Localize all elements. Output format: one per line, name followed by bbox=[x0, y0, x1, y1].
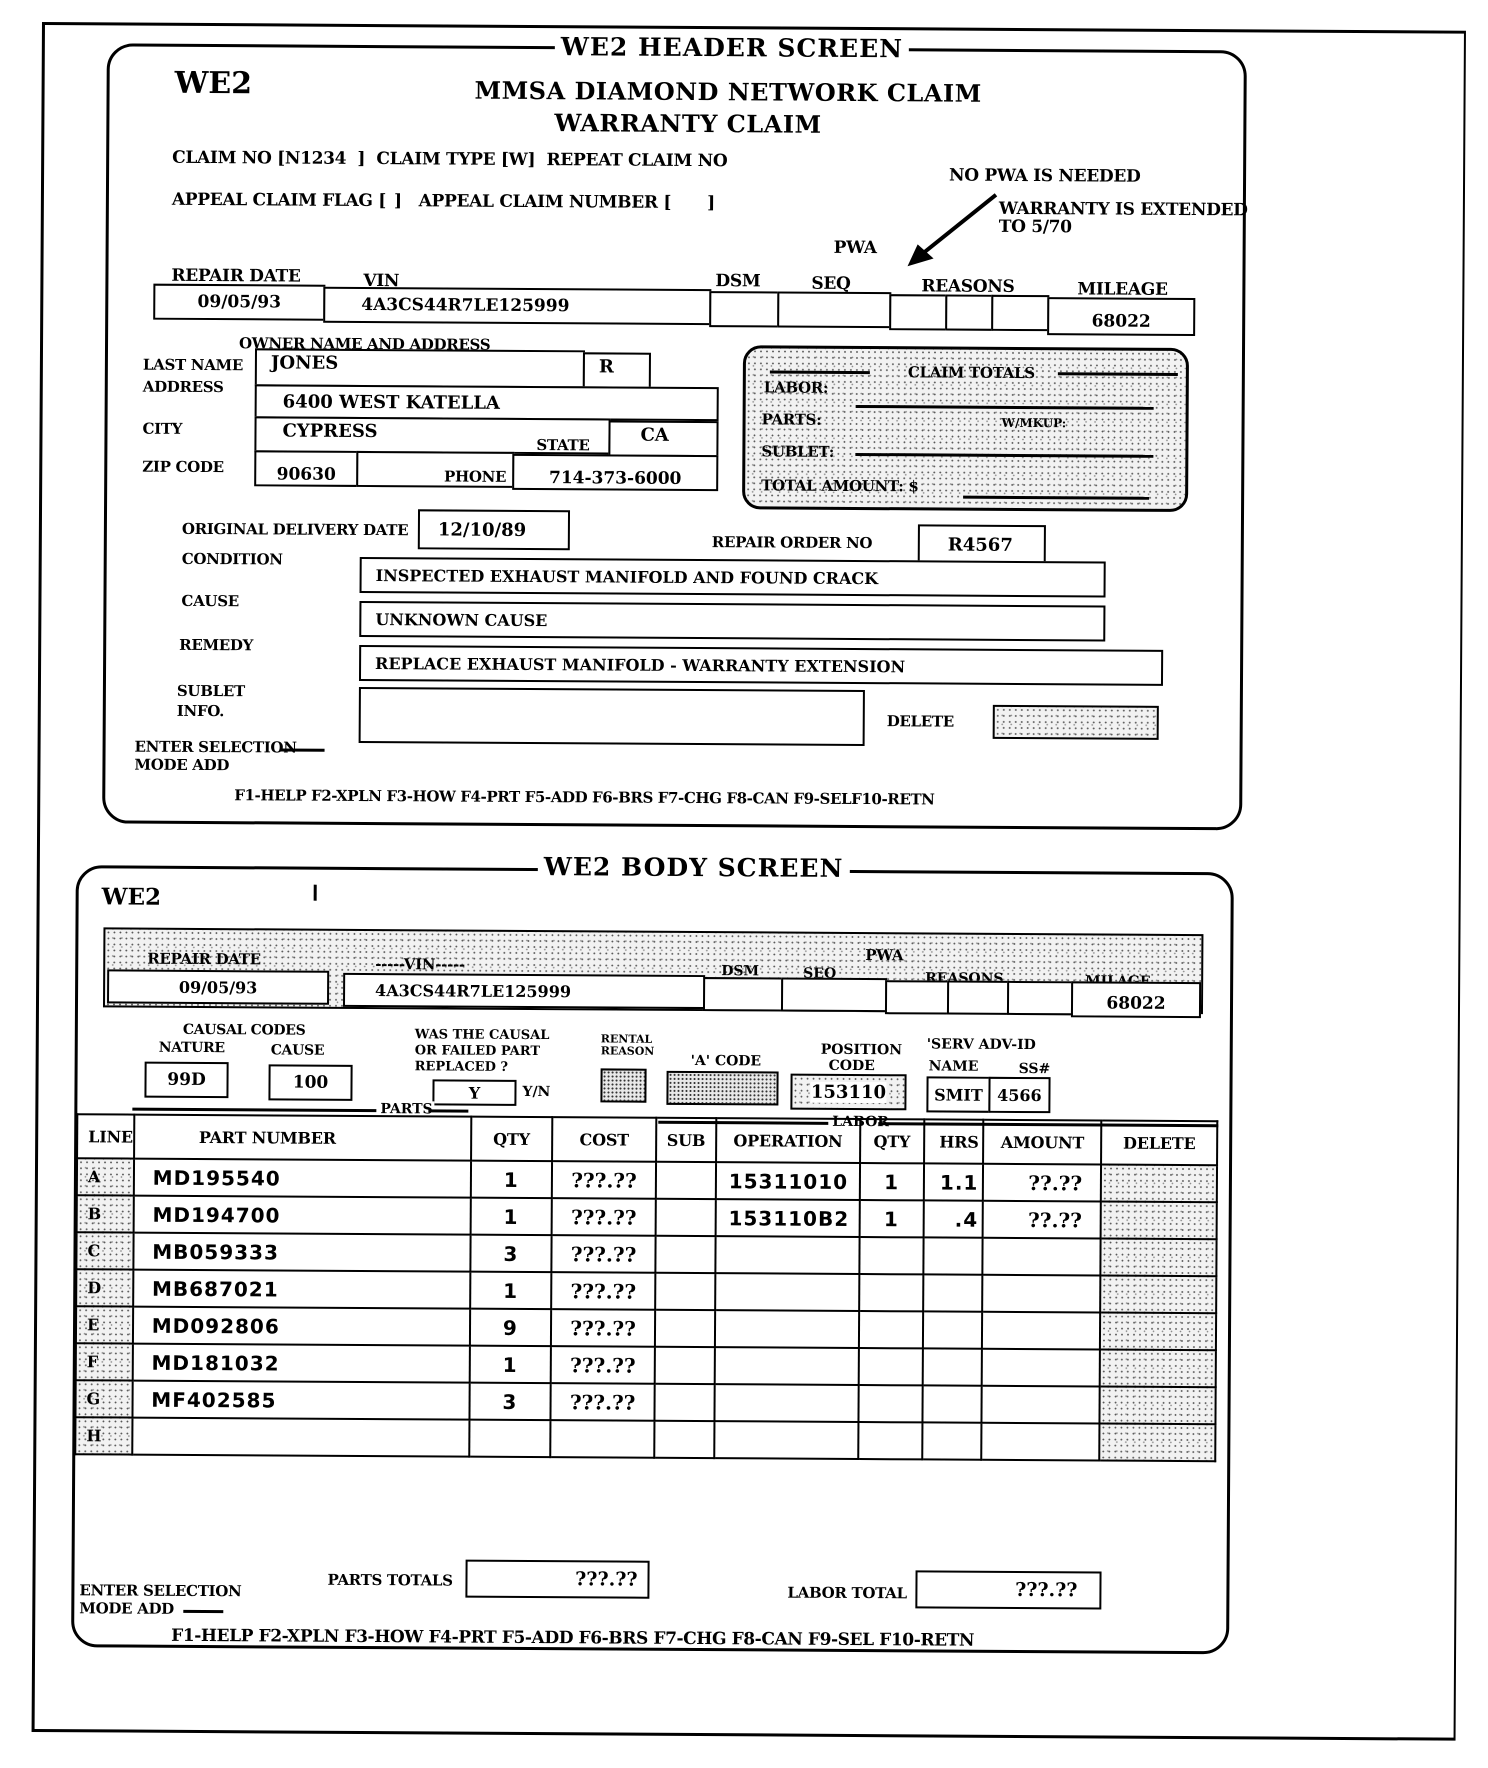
operation-cell[interactable] bbox=[715, 1236, 859, 1274]
total-amount-label: TOTAL AMOUNT: $ bbox=[761, 476, 919, 495]
operation-cell[interactable] bbox=[715, 1347, 859, 1385]
last-name-label: LAST NAME bbox=[143, 356, 243, 375]
labor-qty-cell[interactable]: 1 bbox=[860, 1163, 924, 1200]
part-number-cell[interactable] bbox=[132, 1418, 469, 1457]
labor-qty-cell[interactable] bbox=[859, 1311, 923, 1348]
dsm-field[interactable] bbox=[709, 291, 779, 327]
part-number-cell[interactable]: MD195540 bbox=[134, 1159, 471, 1198]
replaced-question-1: WAS THE CAUSAL bbox=[415, 1027, 550, 1043]
sub-cell[interactable] bbox=[656, 1199, 716, 1236]
qty-cell[interactable]: 3 bbox=[470, 1235, 552, 1272]
body-screen-title: WE2 BODY SCREEN bbox=[538, 852, 850, 883]
reasons-field-3[interactable] bbox=[991, 295, 1049, 331]
claim-no-field[interactable]: N1234 bbox=[285, 148, 346, 168]
qty-cell[interactable]: 1 bbox=[470, 1272, 552, 1309]
body-repair-date-label: REPAIR DATE bbox=[147, 950, 261, 969]
col-sub: SUB bbox=[656, 1118, 716, 1162]
operation-cell[interactable]: 15311010 bbox=[716, 1162, 860, 1200]
qty-cell[interactable]: 1 bbox=[469, 1346, 551, 1383]
labor-total-label: LABOR TOTAL bbox=[787, 1584, 906, 1603]
hrs-cell[interactable] bbox=[922, 1385, 982, 1422]
amount-cell: ??.?? bbox=[983, 1164, 1101, 1202]
rental-reason-label-2: REASON bbox=[601, 1044, 655, 1057]
body-vin-label: -----VIN----- bbox=[375, 955, 465, 974]
qty-cell[interactable]: 1 bbox=[470, 1161, 552, 1198]
col-operation: OPERATION bbox=[716, 1118, 860, 1163]
body-reasons-field-2[interactable] bbox=[947, 981, 1009, 1015]
sub-cell[interactable] bbox=[655, 1236, 715, 1273]
operation-cell[interactable] bbox=[714, 1384, 858, 1422]
delete-cell[interactable] bbox=[1100, 1386, 1216, 1424]
col-qty: QTY bbox=[471, 1117, 553, 1161]
phone-label-cell: PHONE bbox=[356, 451, 514, 488]
claim-no-row: CLAIM NO [N1234 ] CLAIM TYPE [W] REPEAT … bbox=[172, 148, 727, 171]
operation-cell[interactable] bbox=[714, 1421, 858, 1459]
zip-field[interactable]: 90630 bbox=[254, 450, 358, 487]
amount-cell bbox=[982, 1423, 1100, 1461]
cost-cell bbox=[550, 1420, 654, 1458]
amount-cell bbox=[982, 1386, 1100, 1424]
part-number-cell[interactable]: MF402585 bbox=[132, 1381, 469, 1420]
labor-qty-cell[interactable] bbox=[858, 1422, 922, 1459]
hrs-cell[interactable]: 1.1 bbox=[923, 1163, 983, 1200]
seq-field[interactable] bbox=[777, 291, 891, 328]
body-mode-label: MODE ADD bbox=[79, 1599, 174, 1618]
body-dsm-field[interactable] bbox=[703, 977, 783, 1011]
sub-cell[interactable] bbox=[655, 1310, 715, 1347]
parts-labor-table: LINE PART NUMBER QTY COST SUB OPERATION … bbox=[74, 1113, 1218, 1462]
sub-cell[interactable] bbox=[656, 1162, 716, 1199]
replaced-question-2: OR FAILED PART bbox=[415, 1043, 540, 1059]
claim-type-field[interactable]: W bbox=[509, 150, 528, 170]
delete-field[interactable] bbox=[993, 705, 1159, 740]
nature-field[interactable]: 99D bbox=[144, 1062, 228, 1099]
sublet-info-field[interactable] bbox=[359, 687, 865, 746]
reasons-field-1[interactable] bbox=[889, 294, 947, 330]
cost-cell: ???.?? bbox=[552, 1161, 656, 1199]
repair-order-label: REPAIR ORDER NO bbox=[712, 533, 872, 552]
part-number-cell[interactable]: MD194700 bbox=[133, 1196, 470, 1235]
body-pwa-label: PWA bbox=[865, 946, 903, 964]
col-line: LINE bbox=[77, 1114, 134, 1158]
amount-cell: ??.?? bbox=[983, 1201, 1101, 1239]
part-number-cell[interactable]: MB687021 bbox=[133, 1270, 470, 1309]
address-label: ADDRESS bbox=[143, 378, 224, 396]
serv-name-field[interactable]: SMIT bbox=[926, 1076, 990, 1112]
body-mileage-field[interactable]: 68022 bbox=[1071, 981, 1201, 1018]
appeal-flag-label: APPEAL CLAIM FLAG bbox=[172, 190, 373, 211]
cost-cell: ???.?? bbox=[552, 1198, 656, 1236]
dsm-label: DSM bbox=[715, 271, 760, 291]
body-seq-field[interactable] bbox=[781, 978, 887, 1013]
causal-codes-label: CAUSAL CODES bbox=[183, 1022, 306, 1039]
delete-label: DELETE bbox=[887, 712, 954, 730]
col-hrs: HRS bbox=[924, 1119, 984, 1163]
repair-date-field[interactable]: 09/05/93 bbox=[153, 284, 325, 321]
markup-label: W/MKUP: bbox=[1002, 416, 1067, 430]
col-cost: COST bbox=[552, 1117, 656, 1162]
header-heading-1: MMSA DIAMOND NETWORK CLAIM bbox=[475, 76, 982, 108]
orig-delivery-field[interactable]: 12/10/89 bbox=[418, 509, 570, 550]
cause-label: CAUSE bbox=[181, 592, 239, 610]
serv-name-label: NAME bbox=[929, 1058, 979, 1074]
delete-cell[interactable] bbox=[1101, 1238, 1217, 1276]
col-delete: DELETE bbox=[1101, 1120, 1217, 1165]
col-part-number: PART NUMBER bbox=[134, 1115, 471, 1161]
labor-qty-cell[interactable] bbox=[859, 1237, 923, 1274]
amount-cell bbox=[983, 1238, 1101, 1276]
sublet-info-label-1: SUBLET bbox=[177, 682, 245, 700]
body-cause-label: CAUSE bbox=[271, 1042, 325, 1058]
body-selection-input[interactable] bbox=[183, 1610, 223, 1613]
body-vin-field[interactable]: 4A3CS44R7LE125999 bbox=[343, 973, 705, 1009]
cost-cell: ???.?? bbox=[551, 1383, 655, 1421]
mode-label: MODE ADD bbox=[134, 756, 229, 775]
condition-label: CONDITION bbox=[182, 550, 283, 569]
body-enter-selection-label: ENTER SELECTION bbox=[79, 1581, 241, 1600]
qty-cell[interactable]: 9 bbox=[469, 1309, 551, 1346]
line-letter[interactable]: A bbox=[77, 1158, 134, 1195]
body-screen-code: WE2 bbox=[102, 883, 162, 910]
sub-cell[interactable] bbox=[654, 1421, 714, 1458]
state-label: STATE bbox=[536, 436, 589, 454]
a-code-field[interactable] bbox=[666, 1071, 778, 1106]
pwa-label: PWA bbox=[834, 238, 877, 258]
serv-ss-field[interactable]: 4566 bbox=[988, 1077, 1050, 1113]
header-heading-2: WARRANTY CLAIM bbox=[554, 108, 821, 139]
table-row: H bbox=[75, 1417, 1215, 1461]
city-label: CITY bbox=[142, 420, 182, 438]
repair-order-field[interactable]: R4567 bbox=[918, 524, 1046, 565]
labor-total-field[interactable] bbox=[856, 405, 1154, 409]
operation-cell[interactable] bbox=[715, 1273, 859, 1311]
header-screen-code: WE2 bbox=[175, 66, 253, 101]
amount-cell bbox=[982, 1349, 1100, 1387]
body-cause-field[interactable]: 100 bbox=[268, 1064, 352, 1101]
nature-label: NATURE bbox=[159, 1040, 225, 1056]
part-number-cell[interactable]: MD181032 bbox=[132, 1344, 469, 1383]
labor-total-field: ???.?? bbox=[915, 1570, 1101, 1609]
cause-field[interactable]: UNKNOWN CAUSE bbox=[359, 601, 1105, 642]
serv-adv-id-label: 'SERV ADV-ID bbox=[927, 1036, 1036, 1053]
qty-cell[interactable]: 3 bbox=[469, 1383, 551, 1420]
claim-totals-panel: CLAIM TOTALS LABOR: PARTS: W/MKUP: SUBLE… bbox=[742, 345, 1189, 512]
vin-field[interactable]: 4A3CS44R7LE125999 bbox=[323, 287, 711, 325]
appeal-number-label: APPEAL CLAIM NUMBER bbox=[419, 191, 658, 212]
condition-field[interactable]: INSPECTED EXHAUST MANIFOLD AND FOUND CRA… bbox=[360, 557, 1106, 598]
qty-cell[interactable]: 1 bbox=[470, 1198, 552, 1235]
delete-cell[interactable] bbox=[1101, 1201, 1217, 1239]
sub-cell[interactable] bbox=[654, 1384, 714, 1421]
operation-cell[interactable] bbox=[715, 1310, 859, 1348]
annotation-warranty-2: TO 5/70 bbox=[999, 217, 1072, 237]
hrs-cell[interactable]: .4 bbox=[923, 1200, 983, 1237]
document-page: WE2 HEADER SCREEN WE2 MMSA DIAMOND NETWO… bbox=[32, 22, 1466, 1741]
sub-cell[interactable] bbox=[655, 1273, 715, 1310]
appeal-row: APPEAL CLAIM FLAG [] APPEAL CLAIM NUMBER… bbox=[172, 190, 715, 213]
delete-cell[interactable] bbox=[1099, 1423, 1215, 1461]
delete-cell[interactable] bbox=[1100, 1275, 1216, 1313]
cost-cell: ???.?? bbox=[551, 1272, 655, 1310]
repeat-claim-label: REPEAT CLAIM NO bbox=[546, 150, 727, 171]
parts-totals-field: ???.?? bbox=[465, 1560, 649, 1599]
a-code-label: 'A' CODE bbox=[691, 1053, 762, 1069]
replaced-field[interactable]: Y bbox=[432, 1079, 516, 1106]
part-number-cell[interactable]: MD092806 bbox=[133, 1307, 470, 1346]
state-field[interactable]: CA bbox=[608, 420, 718, 457]
mileage-field[interactable]: 68022 bbox=[1047, 297, 1195, 336]
serv-ss-label: SS# bbox=[1019, 1061, 1051, 1077]
parts-totals-label: PARTS TOTALS bbox=[327, 1571, 452, 1590]
body-repair-date-field[interactable]: 09/05/93 bbox=[107, 969, 329, 1004]
hrs-cell[interactable] bbox=[923, 1274, 983, 1311]
cost-cell: ???.?? bbox=[551, 1309, 655, 1347]
body-reasons-field-1[interactable] bbox=[885, 980, 949, 1014]
parts-total-label: PARTS: bbox=[762, 410, 822, 428]
arrow-icon bbox=[903, 190, 1003, 271]
initial-field[interactable]: R bbox=[583, 352, 651, 388]
replaced-question-3: REPLACED ? bbox=[415, 1059, 508, 1075]
line-letter[interactable]: H bbox=[75, 1417, 132, 1454]
qty-cell[interactable] bbox=[469, 1420, 551, 1457]
enter-selection-label: ENTER SELECTION bbox=[135, 738, 297, 757]
labor-qty-cell[interactable] bbox=[858, 1385, 922, 1422]
labor-qty-cell[interactable] bbox=[858, 1348, 922, 1385]
amount-cell bbox=[983, 1275, 1101, 1313]
address-field[interactable]: 6400 WEST KATELLA bbox=[255, 384, 719, 421]
hrs-cell[interactable] bbox=[922, 1348, 982, 1385]
hrs-cell[interactable] bbox=[922, 1311, 982, 1348]
total-amount-field[interactable] bbox=[963, 496, 1149, 500]
part-number-cell[interactable]: MB059333 bbox=[133, 1233, 470, 1272]
hrs-cell[interactable] bbox=[923, 1237, 983, 1274]
claim-no-label: CLAIM NO bbox=[172, 148, 271, 169]
remedy-label: REMEDY bbox=[179, 636, 253, 654]
amount-cell bbox=[982, 1312, 1100, 1350]
annotation-no-pwa: NO PWA IS NEEDED bbox=[949, 166, 1141, 187]
position-code-field[interactable]: 153110 bbox=[790, 1074, 906, 1111]
line-letter[interactable]: F bbox=[76, 1343, 133, 1380]
reasons-field-2[interactable] bbox=[945, 295, 993, 331]
operation-cell[interactable]: 153110B2 bbox=[715, 1199, 859, 1237]
replaced-yn-hint: Y/N bbox=[522, 1084, 550, 1100]
labor-qty-cell[interactable]: 1 bbox=[859, 1200, 923, 1237]
line-letter[interactable]: D bbox=[76, 1269, 133, 1306]
selection-input[interactable] bbox=[281, 748, 325, 751]
rental-reason-field[interactable] bbox=[600, 1068, 646, 1102]
position-code-label-1: POSITION bbox=[821, 1042, 902, 1058]
claim-totals-title: CLAIM TOTALS bbox=[908, 363, 1035, 382]
phone-field[interactable]: 714-373-6000 bbox=[512, 454, 718, 491]
sublet-total-field[interactable] bbox=[855, 453, 1153, 457]
zip-label: ZIP CODE bbox=[142, 458, 224, 476]
labor-qty-cell[interactable] bbox=[859, 1274, 923, 1311]
body-reasons-field-3[interactable] bbox=[1007, 981, 1073, 1015]
last-name-field[interactable]: JONES bbox=[255, 348, 585, 388]
delete-cell[interactable] bbox=[1100, 1312, 1216, 1350]
hrs-cell[interactable] bbox=[922, 1422, 982, 1459]
position-code-label-2: CODE bbox=[829, 1058, 875, 1074]
header-screen-title: WE2 HEADER SCREEN bbox=[555, 32, 909, 63]
sublet-info-label-2: INFO. bbox=[177, 702, 224, 720]
orig-delivery-label: ORIGINAL DELIVERY DATE bbox=[182, 520, 408, 539]
delete-cell[interactable] bbox=[1100, 1349, 1216, 1387]
cost-cell: ???.?? bbox=[552, 1235, 656, 1273]
sublet-total-label: SUBLET: bbox=[761, 442, 834, 460]
col-amount: AMOUNT bbox=[983, 1120, 1101, 1165]
table-header-row: LINE PART NUMBER QTY COST SUB OPERATION … bbox=[77, 1114, 1217, 1165]
remedy-field[interactable]: REPLACE EXHAUST MANIFOLD - WARRANTY EXTE… bbox=[359, 645, 1163, 686]
line-letter[interactable]: B bbox=[77, 1195, 134, 1232]
line-letter[interactable]: C bbox=[76, 1232, 133, 1269]
delete-cell[interactable] bbox=[1101, 1164, 1217, 1202]
cost-cell: ???.?? bbox=[551, 1346, 655, 1384]
claim-type-label: CLAIM TYPE bbox=[376, 149, 495, 170]
sub-cell[interactable] bbox=[655, 1347, 715, 1384]
col-labor-qty: QTY bbox=[860, 1119, 924, 1163]
labor-total-label: LABOR: bbox=[764, 378, 829, 396]
line-letter[interactable]: G bbox=[75, 1380, 132, 1417]
line-letter[interactable]: E bbox=[76, 1306, 133, 1343]
